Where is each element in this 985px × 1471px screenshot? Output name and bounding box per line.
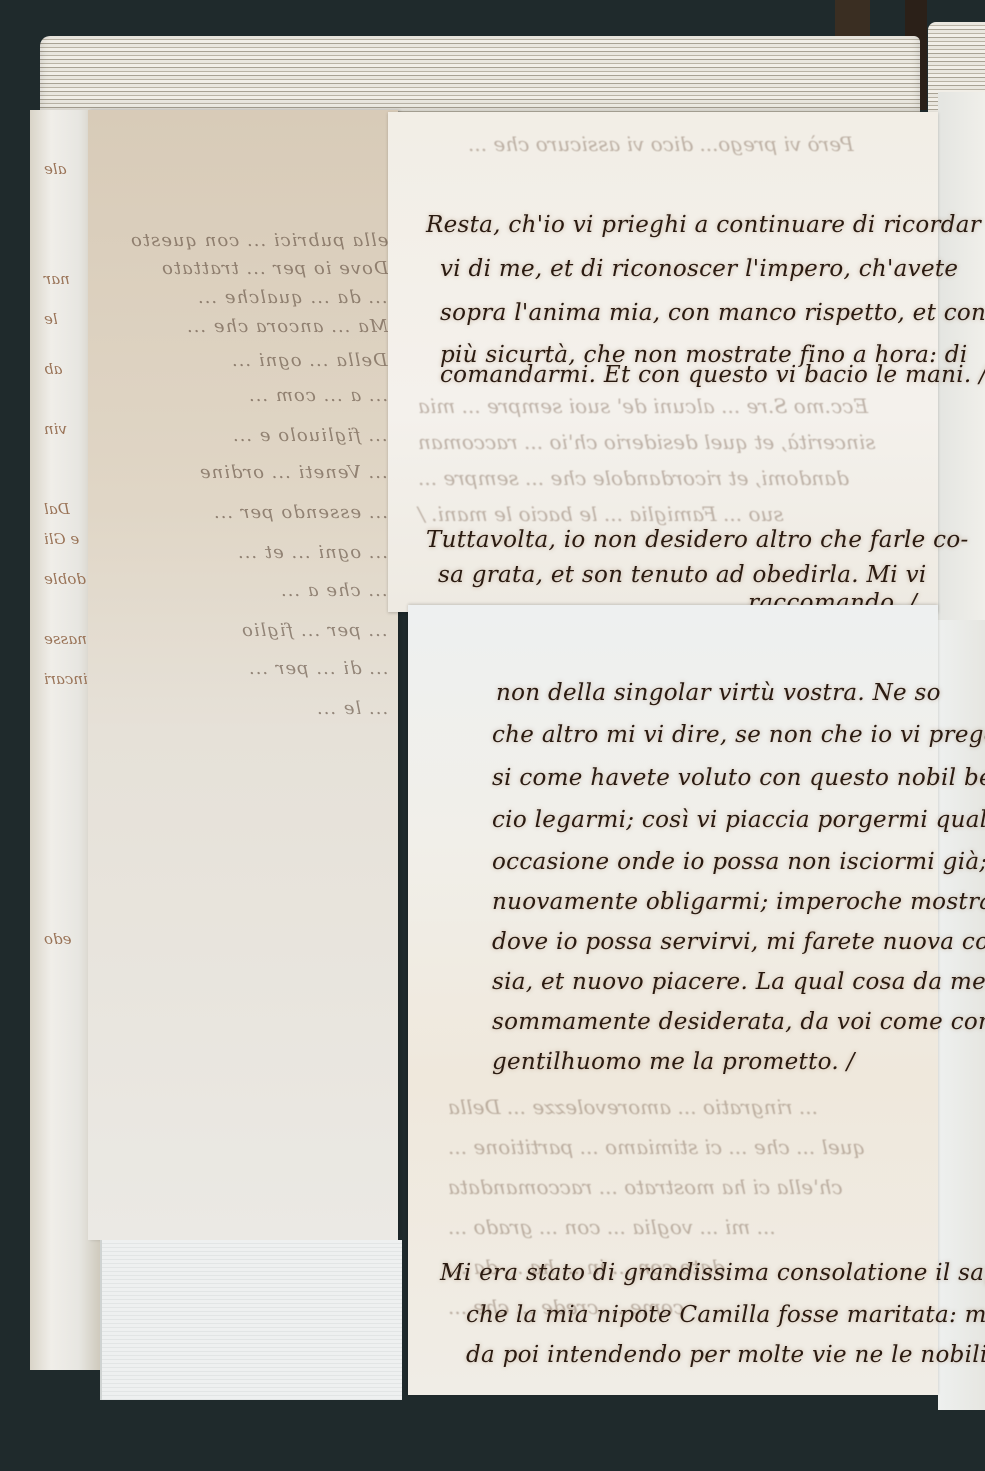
faded-line: Dove io per ... trattato	[161, 258, 388, 279]
lower-letter-sheet: non della singolar virtù vostra. Ne so c…	[408, 605, 938, 1395]
letter-line: Resta, ch'io vi prieghi a continuare di …	[426, 212, 981, 238]
letter-line: da poi intendendo per molte vie ne le no…	[466, 1342, 985, 1368]
letter-line: sommamente desiderata, da voi come corte…	[492, 1009, 985, 1035]
letter-line: che la mia nipote Camilla fosse maritata…	[466, 1302, 985, 1328]
bleed-line: ... mi ... voglia ... con ... grado ...	[448, 1215, 776, 1239]
faded-line: ... essendo per ...	[213, 502, 388, 523]
margin-fragment: incari	[44, 670, 88, 688]
letter-line: non della singolar virtù vostra. Ne so	[496, 680, 941, 706]
page-stack-edge	[40, 36, 920, 116]
letter-line: sopra l'anima mia, con manco rispetto, e…	[440, 300, 985, 326]
bleed-through-header: Però vi prego... dico vi assicuro che ..…	[468, 132, 854, 156]
bleed-line: ... ringratio ... amorevolezze ... Della	[448, 1095, 818, 1119]
letter-line: che altro mi vi dire, se non che io vi p…	[492, 722, 985, 748]
letter-line: dove io possa servirvi, mi farete nuova …	[492, 929, 985, 955]
letter-line: Tuttavolta, io non desidero altro che fa…	[426, 527, 969, 553]
bleed-line: suo ... Famiglia ... le bacio le mani. /	[418, 502, 784, 526]
bleed-line: sincerità, et quel desiderio ch'io ... r…	[418, 430, 876, 454]
margin-fragment: ab	[44, 360, 63, 378]
letter-line: sa grata, et son tenuto ad obedirla. Mi …	[438, 562, 927, 588]
faded-line: ... le ...	[316, 698, 388, 719]
letter-line: Mi era stato di grandissima consolatione…	[440, 1260, 985, 1286]
faded-line: ... che a ...	[280, 580, 388, 601]
faded-line: ... Veneti ... ordine	[199, 462, 388, 483]
faded-line: ... ogni ... et ...	[237, 542, 388, 563]
left-leaf-faded-page: ella pubrici ... con questo Dove io per …	[88, 110, 398, 1240]
faded-line: ... di ... per ...	[248, 658, 388, 679]
faded-line: ella pubrici ... con questo	[130, 230, 388, 251]
faded-line: ... per ... figlio	[241, 620, 388, 641]
letter-line: sia, et nuovo piacere. La qual cosa da m…	[492, 969, 985, 995]
margin-fragment: nar	[44, 270, 70, 288]
faded-line: ... da ... qualche ...	[197, 287, 388, 308]
faded-line: Ma ... ancora che ...	[186, 316, 388, 337]
margin-fragment: nasse	[44, 630, 87, 648]
letter-line: vi di me, et di riconoscer l'impero, ch'…	[440, 256, 958, 282]
margin-fragment: le	[44, 310, 58, 328]
margin-fragment: Dal	[44, 500, 70, 518]
bleed-line: Ecc.mo S.re ... alcuni de' suoi sempre .…	[418, 394, 868, 418]
binding-spine	[835, 0, 870, 40]
blank-guard-sheet	[100, 1240, 402, 1400]
bleed-line: quel ... che ... ci stimiamo ... partiti…	[448, 1135, 865, 1159]
margin-fragment: ale	[44, 160, 67, 178]
faded-line: Della ... ogni ...	[231, 350, 388, 371]
letter-line: gentilhuomo me la prometto. /	[492, 1049, 855, 1075]
letter-line: cio legarmi; così vi piaccia porgermi qu…	[492, 807, 985, 833]
letter-line: si come havete voluto con questo nobil b…	[492, 765, 985, 791]
upper-letter-sheet: Però vi prego... dico vi assicuro che ..…	[388, 112, 938, 612]
margin-fragment: doble	[44, 570, 86, 588]
bleed-line: ch'ella ci ha mostrato ... raccomandata	[448, 1175, 843, 1199]
letter-line: nuovamente obligarmi; imperoche mostrand…	[492, 889, 985, 915]
margin-fragment: edo	[44, 930, 72, 948]
letter-line: comandarmi. Et con questo vi bacio le ma…	[440, 362, 985, 388]
bleed-line: dandomi, et ricordandole che ... sempre …	[418, 466, 849, 490]
faded-line: ... figliuolo e ...	[232, 425, 388, 446]
faded-line: ... a ... com ...	[248, 385, 388, 406]
letter-line: occasione onde io possa non isciormi già…	[492, 849, 985, 875]
margin-fragment: vin	[44, 420, 67, 438]
margin-fragment: e Gli	[44, 530, 79, 548]
